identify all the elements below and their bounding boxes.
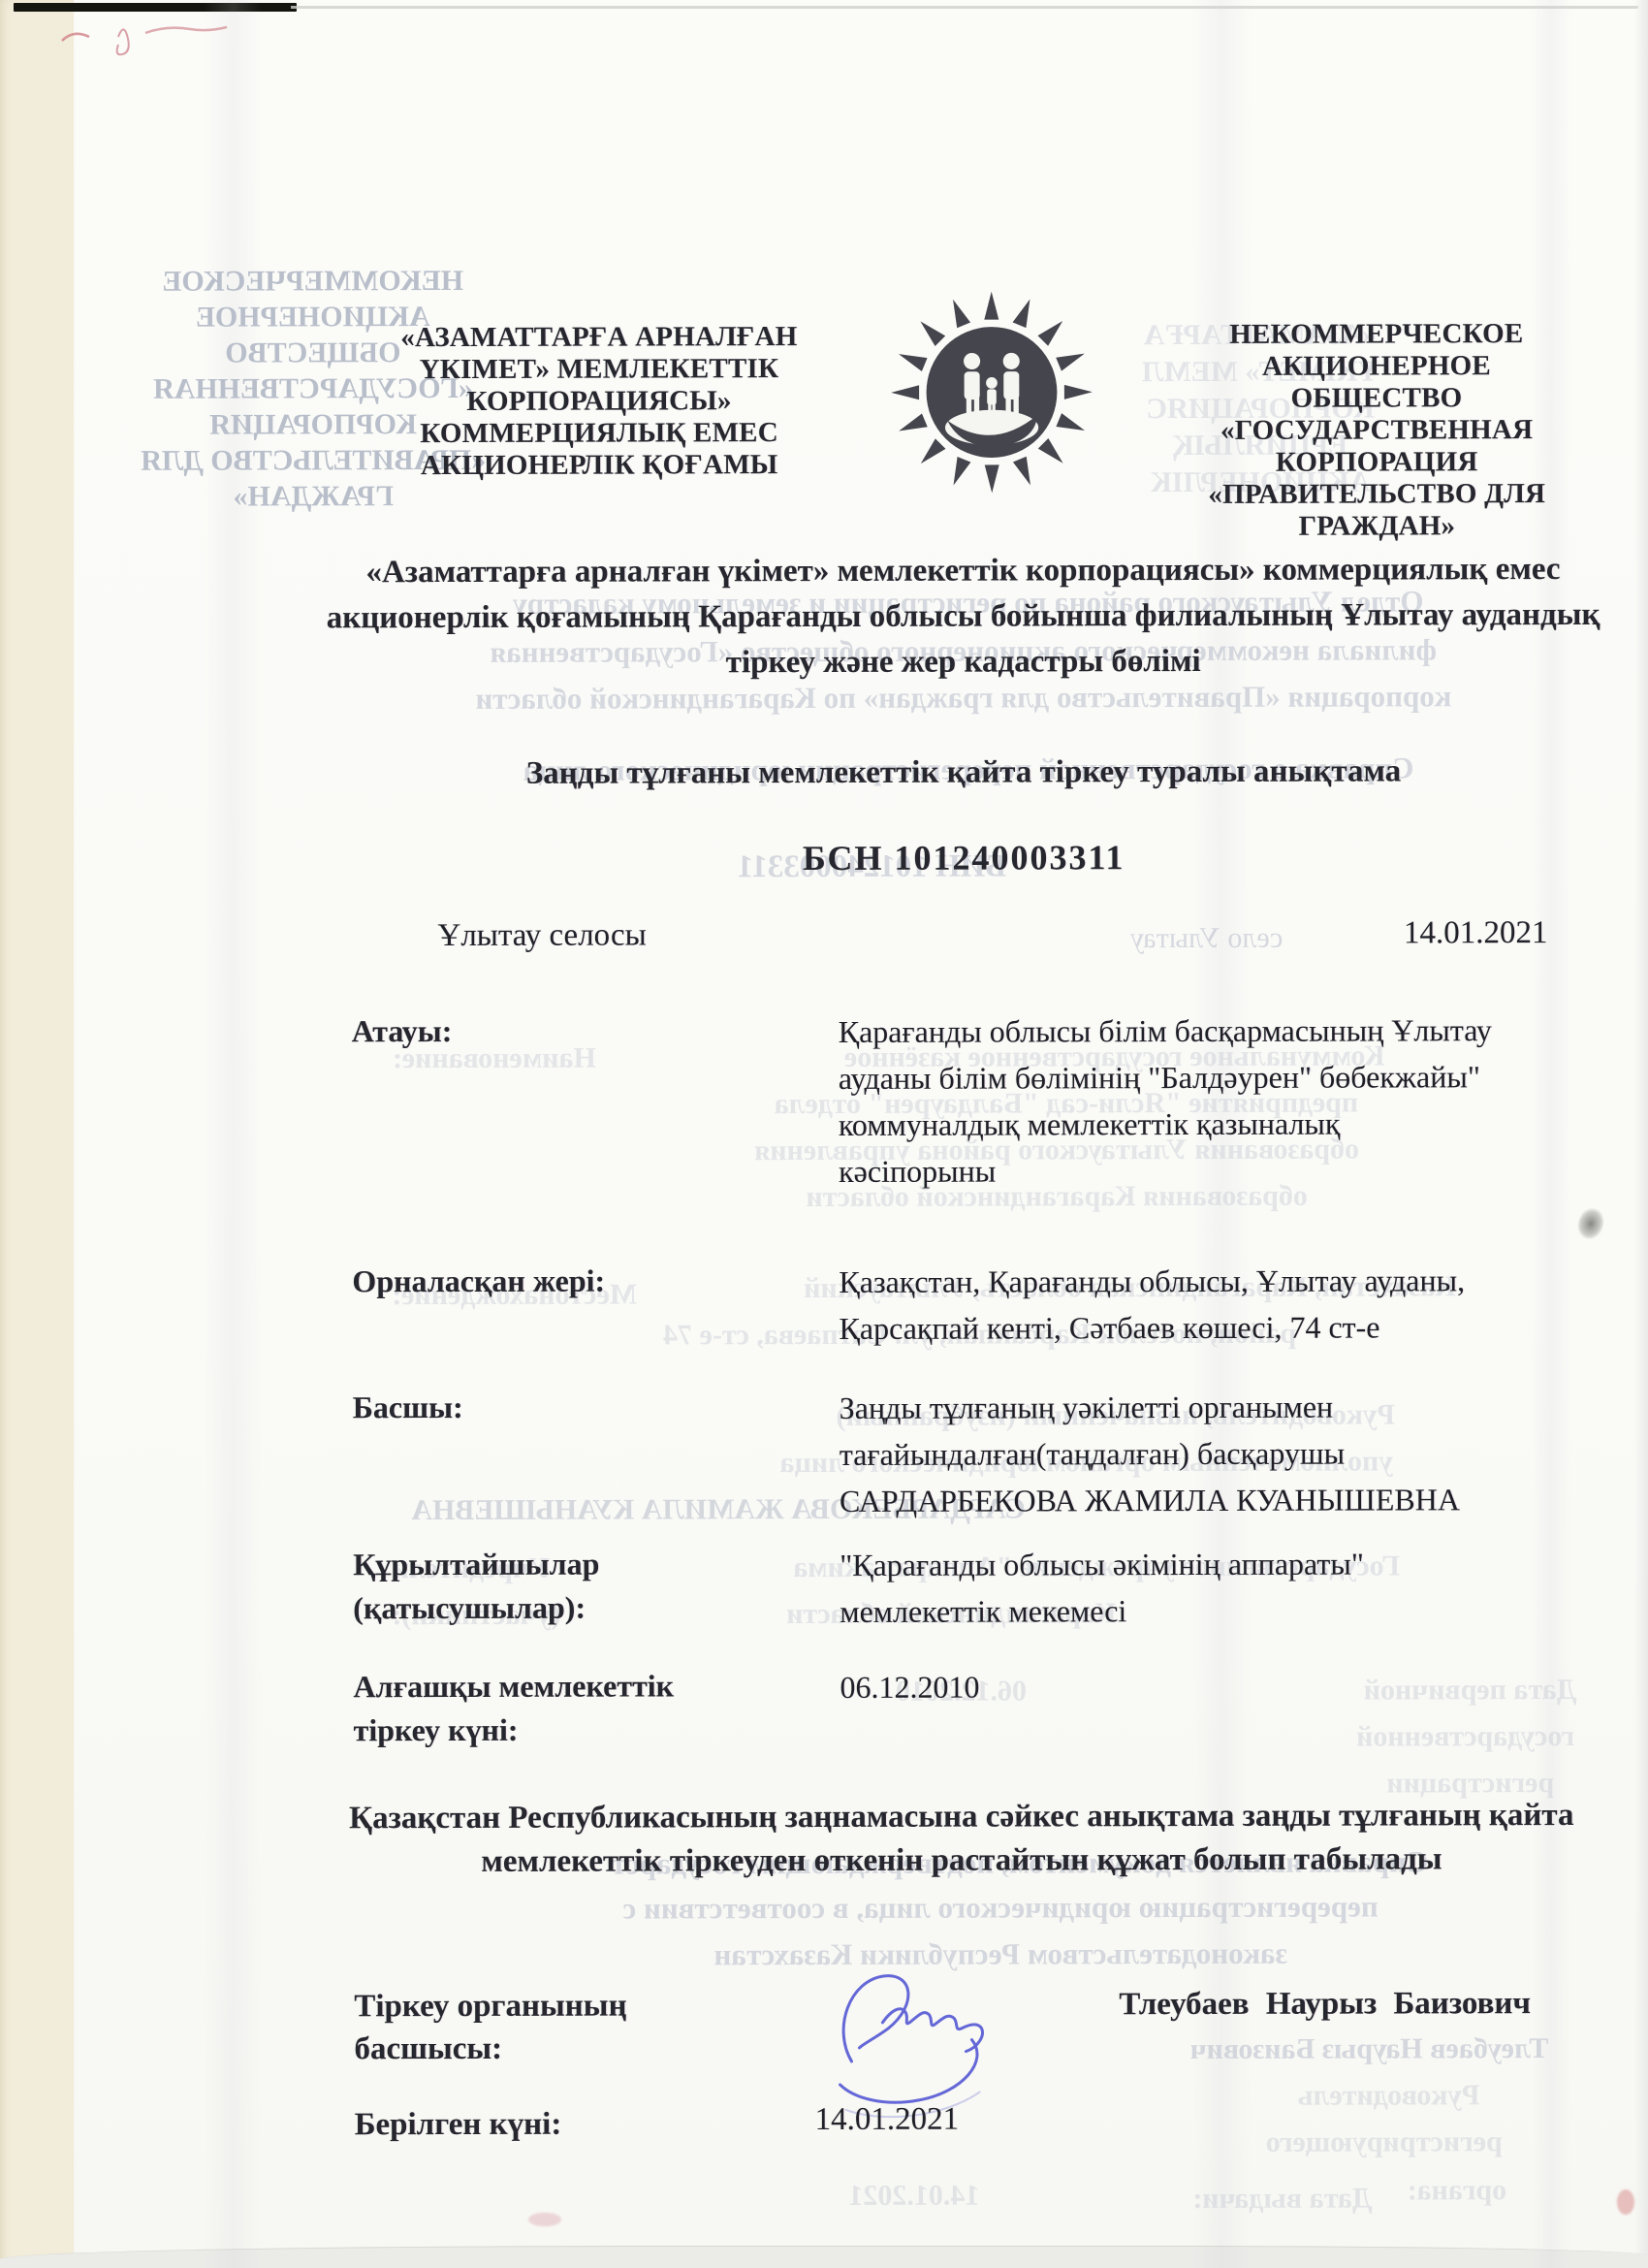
signature (824, 1946, 1095, 2126)
bleed-text: НЕКОММЕРЧЕСКОЕ (143, 265, 483, 299)
org-name-russian: НЕКОММЕРЧЕСКОЕ АКЦИОНЕРНОЕ ОБЩЕСТВО «ГОС… (1179, 318, 1575, 543)
issue-date-top: 14.01.2021 (1339, 915, 1547, 952)
org-right-line: «ПРАВИТЕЛЬСТВО ДЛЯ (1179, 478, 1574, 511)
bleed-text: перерегистрацию юридического лица, в соо… (487, 1889, 1514, 1927)
issued-date: 14.01.2021 (815, 2102, 960, 2138)
org-name-kazakh: «АЗАМАТТАРҒА АРНАЛҒАН ҮКІМЕТ» МЕМЛЕКЕТТІ… (381, 321, 817, 482)
bleed-text: ГРАЖДАН» (143, 480, 483, 514)
document-content: НЕКОММЕРЧЕСКОЕ АКЦИОНЕРНОЕ ОБЩЕСТВО «ГОС… (0, 0, 1648, 2268)
branch-title: «Азаматтарға арналған үкімет» мемлекетті… (318, 547, 1607, 687)
org-left-line: КОММЕРЦИЯЛЫҚ ЕМЕС (381, 417, 817, 450)
field-label-head: Басшы: (353, 1385, 760, 1429)
org-left-line: «АЗАМАТТАРҒА АРНАЛҒАН (381, 321, 817, 354)
closing-statement: Қазақстан Республикасының заңнамасына сә… (312, 1794, 1611, 1885)
field-label-name: Атауы: (352, 1008, 759, 1053)
issued-label: Берілген күні: (355, 2102, 762, 2146)
sun-family-logo (888, 288, 1096, 496)
bleed-text: регистрирующего (1224, 2125, 1544, 2159)
bleed-text: село Улытау (1094, 922, 1317, 956)
registrar-label: Тіркеу органының басшысы: (354, 1984, 771, 2070)
org-right-line: КОРПОРАЦИЯ (1179, 446, 1574, 479)
field-label-first-registration: Алғашқы мемлекеттік тіркеу күні: (353, 1664, 760, 1752)
scanned-certificate-page: { "document": { "org_left_lines": [ "«АЗ… (0, 0, 1648, 2268)
certificate-subtitle: Заңды тұлғаны мемлекеттік қайта тіркеу т… (319, 753, 1608, 792)
bleed-text: государственной (1320, 1720, 1611, 1754)
org-left-line: КОРПОРАЦИЯСЫ» (381, 385, 817, 418)
org-right-line: НЕКОММЕРЧЕСКОЕ (1179, 318, 1574, 351)
field-value-location: Қазақстан, Қарағанды облысы, Ұлытау ауда… (839, 1257, 1498, 1352)
org-left-line: ҮКІМЕТ» МЕМЛЕКЕТТІК (381, 353, 817, 386)
field-label-location: Орналасқан жері: (352, 1259, 759, 1303)
issue-place: Ұлытау селосы (437, 917, 646, 954)
field-value-founders: "Қарағанды облысы әкімінің аппараты" мем… (840, 1540, 1499, 1635)
org-right-line: АКЦИОНЕРНОЕ ОБЩЕСТВО (1179, 350, 1574, 415)
bleed-text: Руководитель (1244, 2079, 1535, 2113)
bleed-text: Дата выдачи: (1147, 2182, 1418, 2216)
registrar-name: Тлеубаев Наурыз Баизович (1119, 1986, 1623, 2023)
field-value-head: Заңды тұлғаның уәкілетті органымен тағай… (840, 1383, 1499, 1524)
bleed-text: Тлеубаев Наурыз Баизович (1126, 2032, 1611, 2066)
org-right-line: ГРАЖДАН» (1179, 510, 1574, 543)
org-right-line: «ГОСУДАРСТВЕННАЯ (1179, 414, 1574, 447)
bin-number: БСН 101240003311 (319, 836, 1608, 879)
field-label-founders: Құрылтайшылар (қатысушылар): (353, 1542, 760, 1630)
field-value-first-registration: 06.12.2010 (840, 1662, 1499, 1710)
field-value-name: Қарағанды облысы білім басқармасының Ұлы… (839, 1006, 1499, 1195)
org-left-line: АКЦИОНЕРЛІК ҚОҒАМЫ (381, 449, 817, 482)
bleed-text: 14.01.2021 (798, 2179, 1030, 2213)
